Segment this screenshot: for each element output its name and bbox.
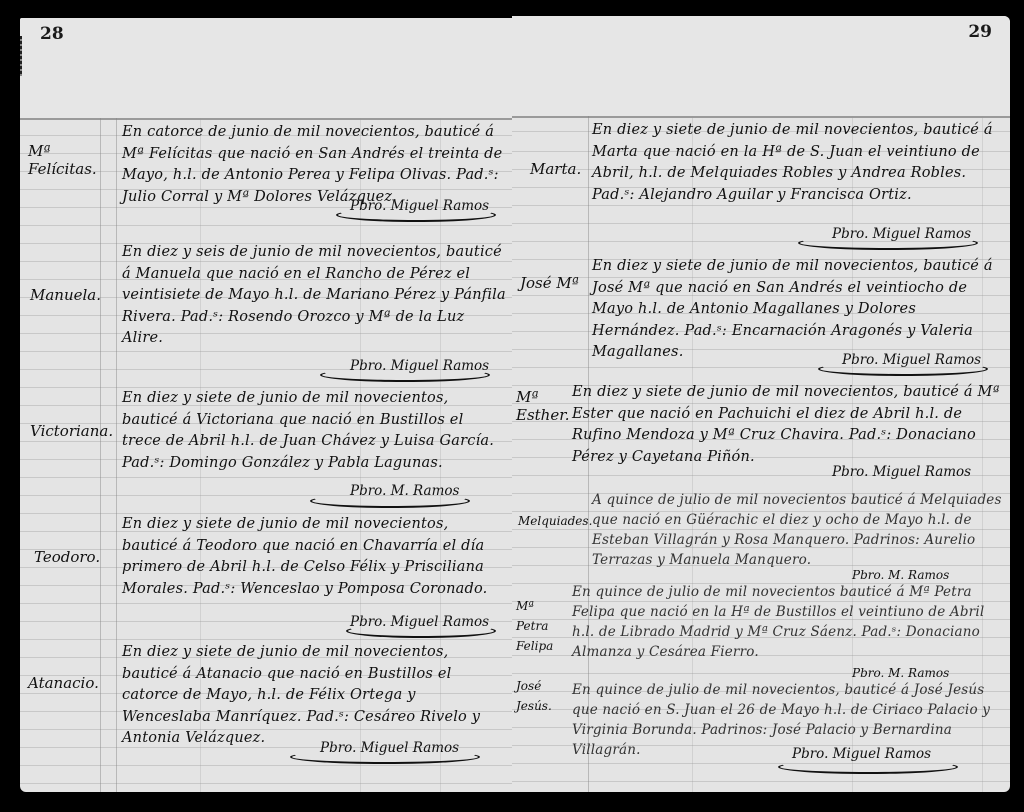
signature-flourish xyxy=(290,750,480,764)
entry-margin-name: Atanacio. xyxy=(28,674,120,692)
signature-flourish xyxy=(818,362,988,376)
entry-text: A quince de julio de mil novecientos bau… xyxy=(592,490,1002,570)
entry-text: En diez y siete de junio de mil novecien… xyxy=(122,514,506,600)
signature-flourish xyxy=(320,368,490,382)
entry-signature: Pbro. M. Ramos xyxy=(852,666,949,680)
entry-margin-name: José Mª xyxy=(520,274,590,292)
signature-flourish xyxy=(336,208,496,222)
entry-text: En quince de julio de mil novecientos, b… xyxy=(572,680,1002,760)
entry-text: En diez y seis de junio de mil novecient… xyxy=(122,242,506,350)
entry-text: En diez y siete de junio de mil novecien… xyxy=(122,642,506,750)
entry-text: En diez y siete de junio de mil novecien… xyxy=(572,382,1002,468)
page-header xyxy=(20,18,512,118)
right-page: 29 Marta. En diez y siete de junio de mi… xyxy=(512,16,1010,792)
entry-text: En diez y siete de junio de mil novecien… xyxy=(592,120,1002,206)
header-rule xyxy=(512,116,1010,118)
entry-text: En catorce de junio de mil novecientos, … xyxy=(122,122,506,208)
signature-flourish xyxy=(310,494,470,508)
entry-signature: Pbro. M. Ramos xyxy=(852,568,949,582)
signature-flourish xyxy=(798,236,978,250)
entry-margin-name: Victoriana. xyxy=(30,422,122,440)
header-rule xyxy=(20,118,512,120)
page-number: 29 xyxy=(968,22,992,42)
entry-signature: Pbro. Miguel Ramos xyxy=(832,464,971,480)
entry-margin-name: Manuela. xyxy=(30,286,122,304)
signature-flourish xyxy=(346,624,496,638)
page-header xyxy=(512,16,1010,116)
signature-flourish xyxy=(778,760,958,774)
entry-text: En diez y siete de junio de mil novecien… xyxy=(592,256,1002,364)
entry-margin-name: Teodoro. xyxy=(34,548,126,566)
entry-margin-name: Marta. xyxy=(530,160,600,178)
page-number: 28 xyxy=(40,24,64,44)
entry-margin-name: Mª Felícitas. xyxy=(28,142,120,178)
entry-text: En quince de julio de mil novecientos ba… xyxy=(572,582,1002,662)
entry-margin-name: Melquiades. xyxy=(518,512,588,530)
left-page: 28 Mª Felícitas. En catorce de junio de … xyxy=(20,18,512,792)
entry-text: En diez y siete de junio de mil novecien… xyxy=(122,388,506,474)
binding-edge xyxy=(20,36,22,76)
